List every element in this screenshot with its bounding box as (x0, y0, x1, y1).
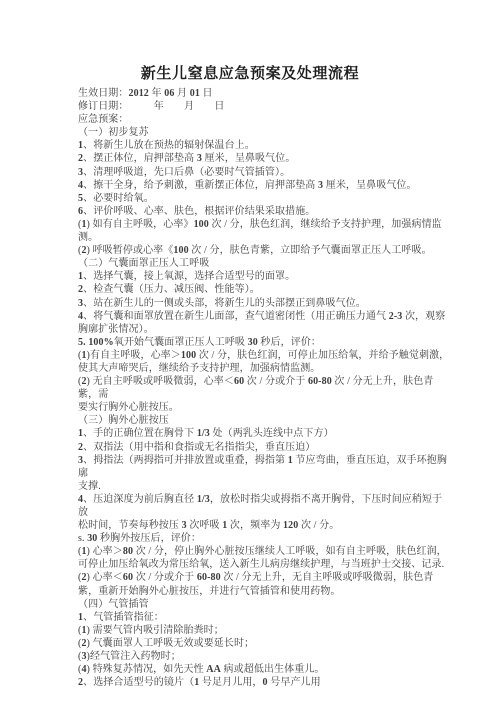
doc-line: 紫，重新开始胸外心脏按压，并进行气管插管和使用药物。 (78, 585, 452, 598)
doc-line: （四）气管插管 (78, 598, 452, 611)
doc-line: 4、擦干全身，给予刺激，重新摆正体位，肩押部垫高 3 厘米，呈鼻吸气位。 (78, 179, 452, 192)
doc-line: 5. 100%氧开始气囊面罩正压人工呼吸 30 秒后，评价： (78, 336, 452, 349)
doc-line: (2) 气囊面罩人工呼吸无效或要延长时； (78, 637, 452, 650)
doc-line: (1) 心率＞80 次 / 分，停止胸外心脏按压继续人工呼吸，如有自主呼吸，肤色… (78, 545, 452, 558)
doc-line: 2、检查气囊（压力、减压阀、性能等）。 (78, 283, 452, 296)
doc-line: 生效日期：2012 年 06 月 01 日 (78, 87, 452, 100)
doc-line: (2) 心率＜60 次 / 分或介于 60-80 次 / 分无上升，无自主呼吸或… (78, 571, 452, 584)
doc-line: 1、将新生儿放在预热的辐射保温台上。 (78, 139, 452, 152)
document-body: 生效日期：2012 年 06 月 01 日修订日期： 年 月 日应急预案：（一）… (78, 87, 452, 689)
doc-line: 要实行胸外心脏按压。 (78, 401, 452, 414)
doc-line: (1) 如有自主呼吸，心率》100 次 / 分，肤色红润，继续给予支持护理，加强… (78, 218, 452, 244)
doc-line: 应急预案： (78, 113, 452, 126)
doc-line: (1)有自主呼吸，心率＞100 次 / 分，肤色红润，可停止加压给氧，并给予触觉… (78, 349, 452, 362)
doc-line: 2、选择合适型号的镜片（1 号足月儿用，0 号早产儿用 (78, 676, 452, 689)
doc-line: 胸廓扩张情况）。 (78, 323, 452, 336)
doc-line: (3)经气管注入药物时； (78, 650, 452, 663)
doc-line: 3、拇指法（两拇指可并排放置或重叠，拇指第 1 节应弯曲，垂直压迫，双手环抱胸廓 (78, 454, 452, 480)
doc-line: （一）初步复苏 (78, 126, 452, 139)
doc-line: 2、摆正体位，肩押部垫高 3 厘米，呈鼻吸气位。 (78, 152, 452, 165)
doc-line: (2) 呼吸暂停或心率《100 次 / 分，肤色青紫，立即给予气囊面罩正压人工呼… (78, 244, 452, 257)
doc-line: 5、必要时给氧。 (78, 192, 452, 205)
doc-line: 3、清理呼吸道，先口后鼻（必要时气管插管）。 (78, 166, 452, 179)
doc-line: 1、选择气囊，接上氧源，选择合适型号的面罩。 (78, 270, 452, 283)
doc-line: 支撑. (78, 480, 452, 493)
doc-line: (1) 需要气管内吸引清除胎粪时； (78, 624, 452, 637)
doc-line: 修订日期： 年 月 日 (78, 100, 452, 113)
doc-line: 可停止加压给氧改为常压给氧，送入新生儿病房继续护理，与当班护士交接、记录. (78, 558, 452, 571)
document-page: 新生儿窒息应急预案及处理流程 生效日期：2012 年 06 月 01 日修订日期… (0, 0, 500, 707)
doc-line: 2、双指法（用中指和食指或无名指指尖，垂直压迫） (78, 441, 452, 454)
doc-line: 使其大声啼哭后，继续给予支持护理，加强病情监测。 (78, 362, 452, 375)
doc-line: 1、气管插管指征： (78, 611, 452, 624)
doc-line: 1、手的正确位置在胸骨下 1/3 处（两乳头连线中点下方） (78, 427, 452, 440)
doc-line: 6、评价呼吸、心率、肤色，根据评价结果采取措施。 (78, 205, 452, 218)
doc-line: （二）气囊面罩正压人工呼吸 (78, 257, 452, 270)
doc-line: s. 30 秒胸外按压后，评价： (78, 532, 452, 545)
doc-line: 4、将气囊和面罩放置在新生儿面部，查气道密闭性（用正确压力通气 2-3 次，观察 (78, 310, 452, 323)
doc-line: 3、站在新生儿的一侧或头部，将新生儿的头部摆正到鼻吸气位。 (78, 297, 452, 310)
doc-line: （三）胸外心脏按压 (78, 414, 452, 427)
doc-line: (4) 特殊复苏情况，如先天性 AA 病或超低出生体重儿。 (78, 663, 452, 676)
doc-line: 松时间，节奏每秒按压 3 次呼吸 1 次，频率为 120 次 / 分。 (78, 519, 452, 532)
doc-line: 4、压迫深度为前后胸直径 1/3，放松时指尖或拇指不离开胸骨，下压时间应稍短于放 (78, 493, 452, 519)
document-title: 新生儿窒息应急预案及处理流程 (0, 62, 500, 83)
doc-line: (2) 无自主呼吸或呼吸微弱，心率＜60 次 / 分或介于 60-80 次 / … (78, 375, 452, 401)
